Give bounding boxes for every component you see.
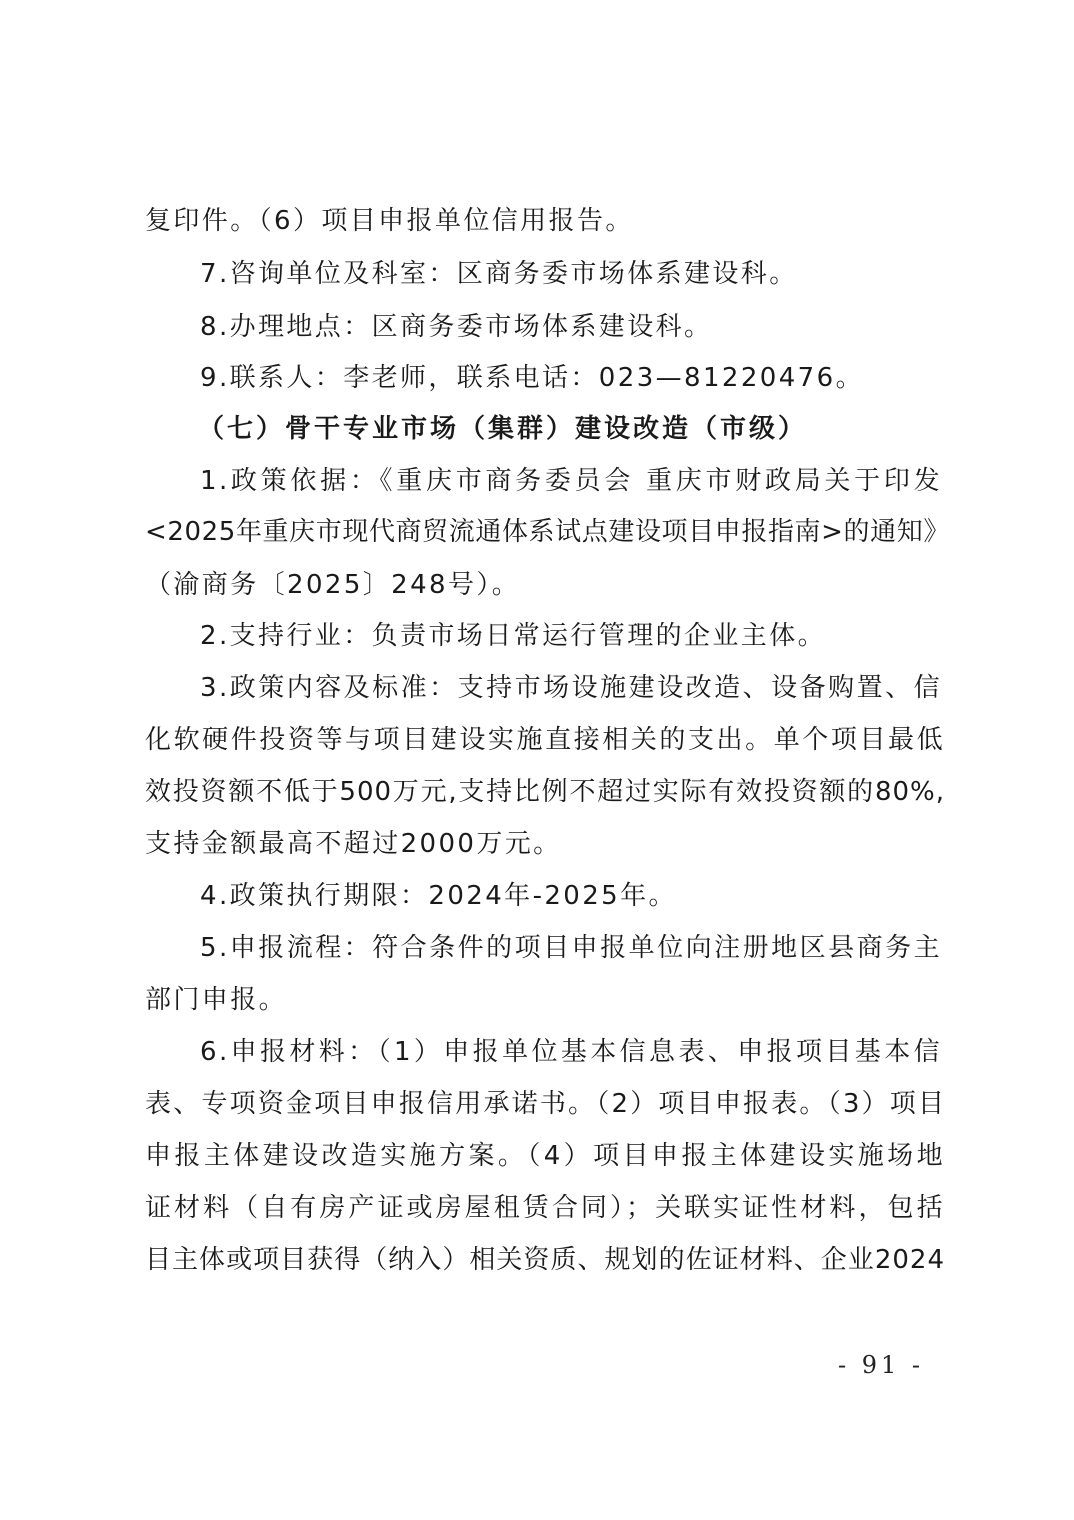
text-line: 复印件。（6）项目申报单位信用报告。: [145, 204, 945, 238]
text-line: （渝商务〔2025〕248号）。: [145, 568, 945, 602]
section-heading: （七）骨干专业市场（集群）建设改造（市级）: [198, 412, 998, 446]
text-line: 证材料（自有房产证或房屋租赁合同）；关联实证性材料，包括项: [145, 1191, 945, 1225]
text-line: 目主体或项目获得（纳入）相关资质、规划的佐证材料、企业2024: [145, 1243, 945, 1277]
text-line: 部门申报。: [145, 983, 945, 1017]
text-line: 支持金额最高不超过2000万元。: [145, 827, 945, 861]
document-page: 复印件。（6）项目申报单位信用报告。 7.咨询单位及科室：区商务委市场体系建设科…: [0, 0, 1074, 1520]
text-line: 5.申报流程：符合条件的项目申报单位向注册地区县商务主管: [200, 931, 942, 965]
text-line: 2.支持行业：负责市场日常运行管理的企业主体。: [200, 619, 1000, 653]
text-line: 7.咨询单位及科室：区商务委市场体系建设科。: [200, 257, 1000, 291]
text-line: 效投资额不低于500万元,支持比例不超过实际有效投资额的80%,: [145, 775, 945, 809]
text-line: <2025年重庆市现代商贸流通体系试点建设项目申报指南>的通知》: [145, 515, 945, 549]
text-line: 1.政策依据：《重庆市商务委员会 重庆市财政局关于印发: [200, 464, 942, 498]
page-number: - 91 -: [838, 1350, 924, 1380]
text-line: 4.政策执行期限：2024年-2025年。: [200, 879, 1000, 913]
text-line: 申报主体建设改造实施方案。（4）项目申报主体建设实施场地佐: [145, 1139, 945, 1173]
text-line: 表、专项资金项目申报信用承诺书。（2）项目申报表。（3）项目: [145, 1087, 945, 1121]
text-line: 化软硬件投资等与项目建设实施直接相关的支出。单个项目最低有: [145, 723, 945, 757]
text-line: 3.政策内容及标准：支持市场设施建设改造、设备购置、信息: [200, 671, 942, 705]
text-line: 8.办理地点：区商务委市场体系建设科。: [200, 310, 1000, 344]
text-line: 6.申报材料：（1）申报单位基本信息表、申报项目基本信息: [200, 1035, 942, 1069]
text-line: 9.联系人：李老师，联系电话：023—81220476。: [200, 361, 1000, 395]
